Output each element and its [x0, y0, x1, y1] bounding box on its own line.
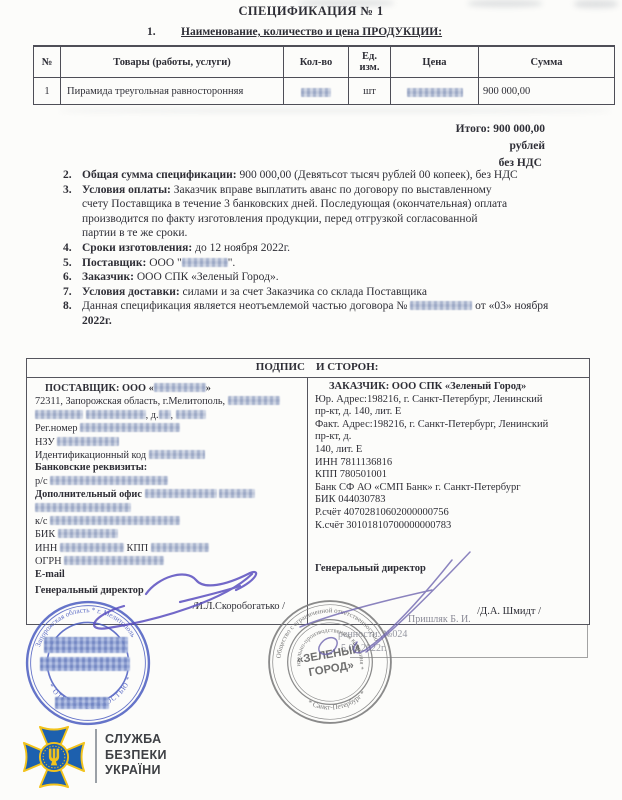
redacted-text: [50, 476, 168, 485]
term-3-line2: счету Поставщика в течение 3 банковских …: [63, 197, 598, 212]
term-6: 6.Заказчик: ООО СПК «Зеленый Город».: [63, 270, 598, 285]
redacted-text: [50, 516, 180, 525]
supplier-director-name: /И.Л.Скоробогатько /: [193, 601, 285, 613]
supplier-reg-label: Рег.номер: [35, 423, 78, 434]
supplier-kpp-label: КПП: [126, 543, 148, 554]
supplier-address-text: , д.: [146, 410, 159, 421]
term-number: 3.: [63, 183, 72, 198]
supplier-nzu-label: НЗУ: [35, 437, 55, 448]
terms-list: 2.Общая сумма спецификации: 900 000,00 (…: [63, 168, 598, 329]
customer-line: Юр. Адрес:198216, г. Санкт-Петербург, Ле…: [315, 394, 582, 407]
redacted-text: [182, 258, 228, 267]
customer-line: К.счёт 30101810700000000783: [315, 520, 582, 533]
col-header-no: №: [34, 47, 61, 78]
term-4: 4.Сроки изготовления: до 12 ноября 2022г…: [63, 241, 598, 256]
term-text: Данная спецификация является неотъемлемо…: [82, 300, 410, 312]
customer-column: ЗАКАЗЧИК: ООО СПК «Зеленый Город» Юр. Ад…: [308, 378, 589, 624]
redacted-text: [145, 489, 217, 498]
row-cell-qty: [284, 78, 349, 104]
supplier-title-text: ПОСТАВЩИК: ООО «: [45, 383, 154, 394]
customer-line: 140, лит. Е: [315, 444, 582, 457]
supplier-ks-line: к/с: [35, 515, 299, 528]
customer-line: Р.счёт 40702810602000000756: [315, 507, 582, 520]
scan-smudge: [60, 109, 610, 112]
signatures-header-left: ПОДПИС: [27, 359, 308, 377]
term-text: от «03» ноября: [472, 300, 548, 312]
customer-stamp-bottom-text: * Санкт-Петербург *: [305, 688, 369, 716]
supplier-reg-line: Рег.номер: [35, 422, 299, 435]
sbu-wordmark-line3: УКРАЇНИ: [105, 763, 167, 779]
redacted-stamp-text: [55, 697, 109, 709]
term-5: 5.Поставщик: ООО "".: [63, 256, 598, 271]
row-cell-goods: Пирамида треугольная равносторонняя: [61, 78, 284, 104]
col-header-unit: Ед. изм.: [349, 47, 391, 78]
customer-director-label: Генеральный директор: [315, 563, 426, 576]
redacted-text: [219, 489, 255, 498]
term-text: ООО СПК «Зеленый Город».: [134, 271, 279, 283]
term-text: ООО ": [146, 257, 181, 269]
redacted-text: [57, 437, 119, 446]
redacted-text: [228, 396, 280, 405]
term-text: счету Поставщика в течение 3 банковских …: [82, 198, 507, 210]
term-text: производится по факту изготовления проду…: [82, 213, 477, 225]
term-7: 7.Условия доставки: силами и за счет Зак…: [63, 285, 598, 300]
term-3-line4: партии в те же сроки.: [63, 226, 598, 241]
supplier-inn-label: ИНН: [35, 543, 57, 554]
document-title: СПЕЦИФИКАЦИЯ № 1: [0, 4, 622, 19]
term-text: ".: [228, 257, 236, 269]
customer-line: КПП 780501001: [315, 469, 582, 482]
term-number: 8.: [63, 299, 72, 314]
supplier-idcode-label: Идентификационный код: [35, 450, 146, 461]
supplier-ogrn-line: ОГРН: [35, 555, 299, 568]
supplier-bik-label: БИК: [35, 529, 55, 540]
redacted-stamp-text: [40, 657, 130, 671]
term-number: 6.: [63, 270, 72, 285]
customer-stamp-center-line2: ГОРОД»: [308, 659, 355, 679]
term-number: 4.: [63, 241, 72, 256]
term-8-line1: 8.Данная спецификация является неотъемле…: [63, 299, 598, 314]
product-table: № Товары (работы, услуги) Кол-во Ед. изм…: [33, 45, 615, 105]
row-cell-no: 1: [34, 78, 61, 104]
totals-amount: Итого: 900 000,00: [456, 121, 545, 138]
redacted-text: [35, 410, 83, 419]
term-label: Общая сумма спецификации:: [82, 169, 237, 181]
redacted-text: [149, 450, 205, 459]
signatures-header-right: И СТОРОН:: [308, 359, 589, 377]
supplier-bank-line: Банковские реквизиты:: [35, 462, 299, 474]
redacted-text: [154, 383, 206, 392]
supplier-director-label: Генеральный директор: [35, 585, 144, 597]
redacted-text: [407, 88, 463, 97]
supplier-ks-label: к/с: [35, 516, 47, 527]
customer-line: БИК 044030783: [315, 494, 582, 507]
supplier-email-label: E-mail: [35, 569, 65, 580]
redacted-text: [159, 410, 171, 419]
row-cell-unit: шт: [349, 78, 391, 104]
redacted-stamp-text: [44, 637, 128, 653]
section-number: 1.: [147, 26, 181, 38]
attorney-name: Пришляк Б. И.: [408, 614, 471, 625]
term-label: Сроки изготовления:: [82, 242, 192, 254]
supplier-office-line2: [35, 502, 299, 515]
redacted-text: [60, 543, 124, 552]
term-label: Условия оплаты:: [82, 184, 171, 196]
supplier-rs-line: р/с: [35, 475, 299, 488]
attorney-poa-number-fragment: ренности: №024: [338, 629, 407, 640]
supplier-address-text: 72311, Запорожская область, г.Мелитополь…: [35, 396, 225, 407]
col-header-price: Цена: [391, 47, 479, 78]
totals-block: Итого: 900 000,00 рублей без НДС: [456, 121, 545, 172]
customer-line: пр-кт, д.: [315, 431, 582, 444]
supplier-address-line2: , д.,: [35, 409, 299, 422]
customer-line: Банк СФ АО «СМП Банк» г. Санкт-Петербург: [315, 482, 582, 495]
supplier-email-line: E-mail: [35, 569, 299, 581]
redacted-text: [86, 410, 146, 419]
signatures-table: ПОДПИС И СТОРОН: ПОСТАВЩИК: ООО «» 72311…: [26, 358, 590, 625]
term-text: 2022г.: [82, 315, 112, 327]
supplier-bank-label: Банковские реквизиты:: [35, 462, 147, 473]
redacted-text: [80, 423, 180, 432]
supplier-title-close: »: [206, 383, 211, 394]
term-label: Условия доставки:: [82, 286, 180, 298]
redacted-text: [151, 543, 209, 552]
term-number: 5.: [63, 256, 72, 271]
section-heading-line: 1.Наименование, количество и цена ПРОДУК…: [147, 26, 442, 38]
supplier-address-line1: 72311, Запорожская область, г.Мелитополь…: [35, 395, 299, 408]
redacted-text: [64, 556, 164, 565]
supplier-column: ПОСТАВЩИК: ООО «» 72311, Запорожская обл…: [27, 378, 308, 624]
svg-text:* Санкт-Петербург *: * Санкт-Петербург *: [305, 688, 369, 716]
supplier-rs-label: р/с: [35, 476, 48, 487]
term-label: Поставщик:: [82, 257, 146, 269]
supplier-idcode-line: Идентификационный код: [35, 449, 299, 462]
term-3-line1: 3.Условия оплаты: Заказчик вправе выплат…: [63, 183, 598, 198]
term-text: Заказчик вправе выплатить аванс по догов…: [171, 184, 492, 196]
col-header-goods: Товары (работы, услуги): [61, 47, 284, 78]
term-text: до 12 ноября 2022г.: [192, 242, 290, 254]
redacted-text: [58, 529, 118, 538]
sbu-logo-divider: [95, 729, 97, 783]
redacted-text: [35, 503, 131, 512]
redacted-text: [410, 301, 472, 310]
supplier-title: ПОСТАВЩИК: ООО «»: [35, 382, 299, 395]
redacted-text: [176, 410, 206, 419]
supplier-address-text: ,: [171, 410, 174, 421]
totals-currency: рублей: [456, 138, 545, 155]
redacted-text: [301, 88, 331, 97]
customer-title: ЗАКАЗЧИК: ООО СПК «Зеленый Город»: [315, 381, 582, 394]
supplier-bik-line: БИК: [35, 528, 299, 541]
supplier-nzu-line: НЗУ: [35, 436, 299, 449]
customer-line: ИНН 7811136816: [315, 457, 582, 470]
term-number: 2.: [63, 168, 72, 183]
customer-line: Факт. Адрес:198216, г. Санкт-Петербург, …: [315, 419, 582, 432]
section-heading: Наименование, количество и цена ПРОДУКЦИ…: [181, 26, 442, 38]
signatures-header: ПОДПИС И СТОРОН:: [27, 359, 589, 378]
sbu-wordmark-line1: СЛУЖБА: [105, 732, 167, 748]
supplier-office-line: Дополнительный офис: [35, 488, 299, 501]
supplier-inn-kpp-line: ИНН КПП: [35, 542, 299, 555]
term-text: партии в те же сроки.: [82, 227, 187, 239]
sbu-emblem-icon: [22, 721, 86, 793]
term-text: 900 000,00 (Девятьсот тысяч рублей 00 ко…: [237, 169, 518, 181]
supplier-office-label: Дополнительный офис: [35, 489, 142, 500]
col-header-qty: Кол-во: [284, 47, 349, 78]
attorney-poa-date-fragment: 5.03.2022г.: [341, 643, 386, 654]
customer-director-name: /Д.А. Шмидт /: [477, 606, 541, 619]
term-text: силами и за счет Заказчика со склада Пос…: [180, 286, 427, 298]
sbu-wordmark-line2: БЕЗПЕКИ: [105, 748, 167, 764]
term-2: 2.Общая сумма спецификации: 900 000,00 (…: [63, 168, 598, 183]
row-cell-sum: 900 000,00: [479, 78, 614, 104]
term-8-line2: 2022г.: [63, 314, 598, 329]
sbu-logo-wordmark: СЛУЖБА БЕЗПЕКИ УКРАЇНИ: [105, 732, 167, 779]
customer-line: пр-кт, д. 140, лит. Е: [315, 406, 582, 419]
term-3-line3: производится по факту изготовления проду…: [63, 212, 598, 227]
scanned-specification-document: СПЕЦИФИКАЦИЯ № 1 1.Наименование, количес…: [0, 0, 622, 800]
col-header-sum: Сумма: [479, 47, 614, 78]
row-cell-price: [391, 78, 479, 104]
term-label: Заказчик:: [82, 271, 134, 283]
signatures-body: ПОСТАВЩИК: ООО «» 72311, Запорожская обл…: [27, 378, 589, 624]
term-number: 7.: [63, 285, 72, 300]
supplier-ogrn-label: ОГРН: [35, 556, 62, 567]
